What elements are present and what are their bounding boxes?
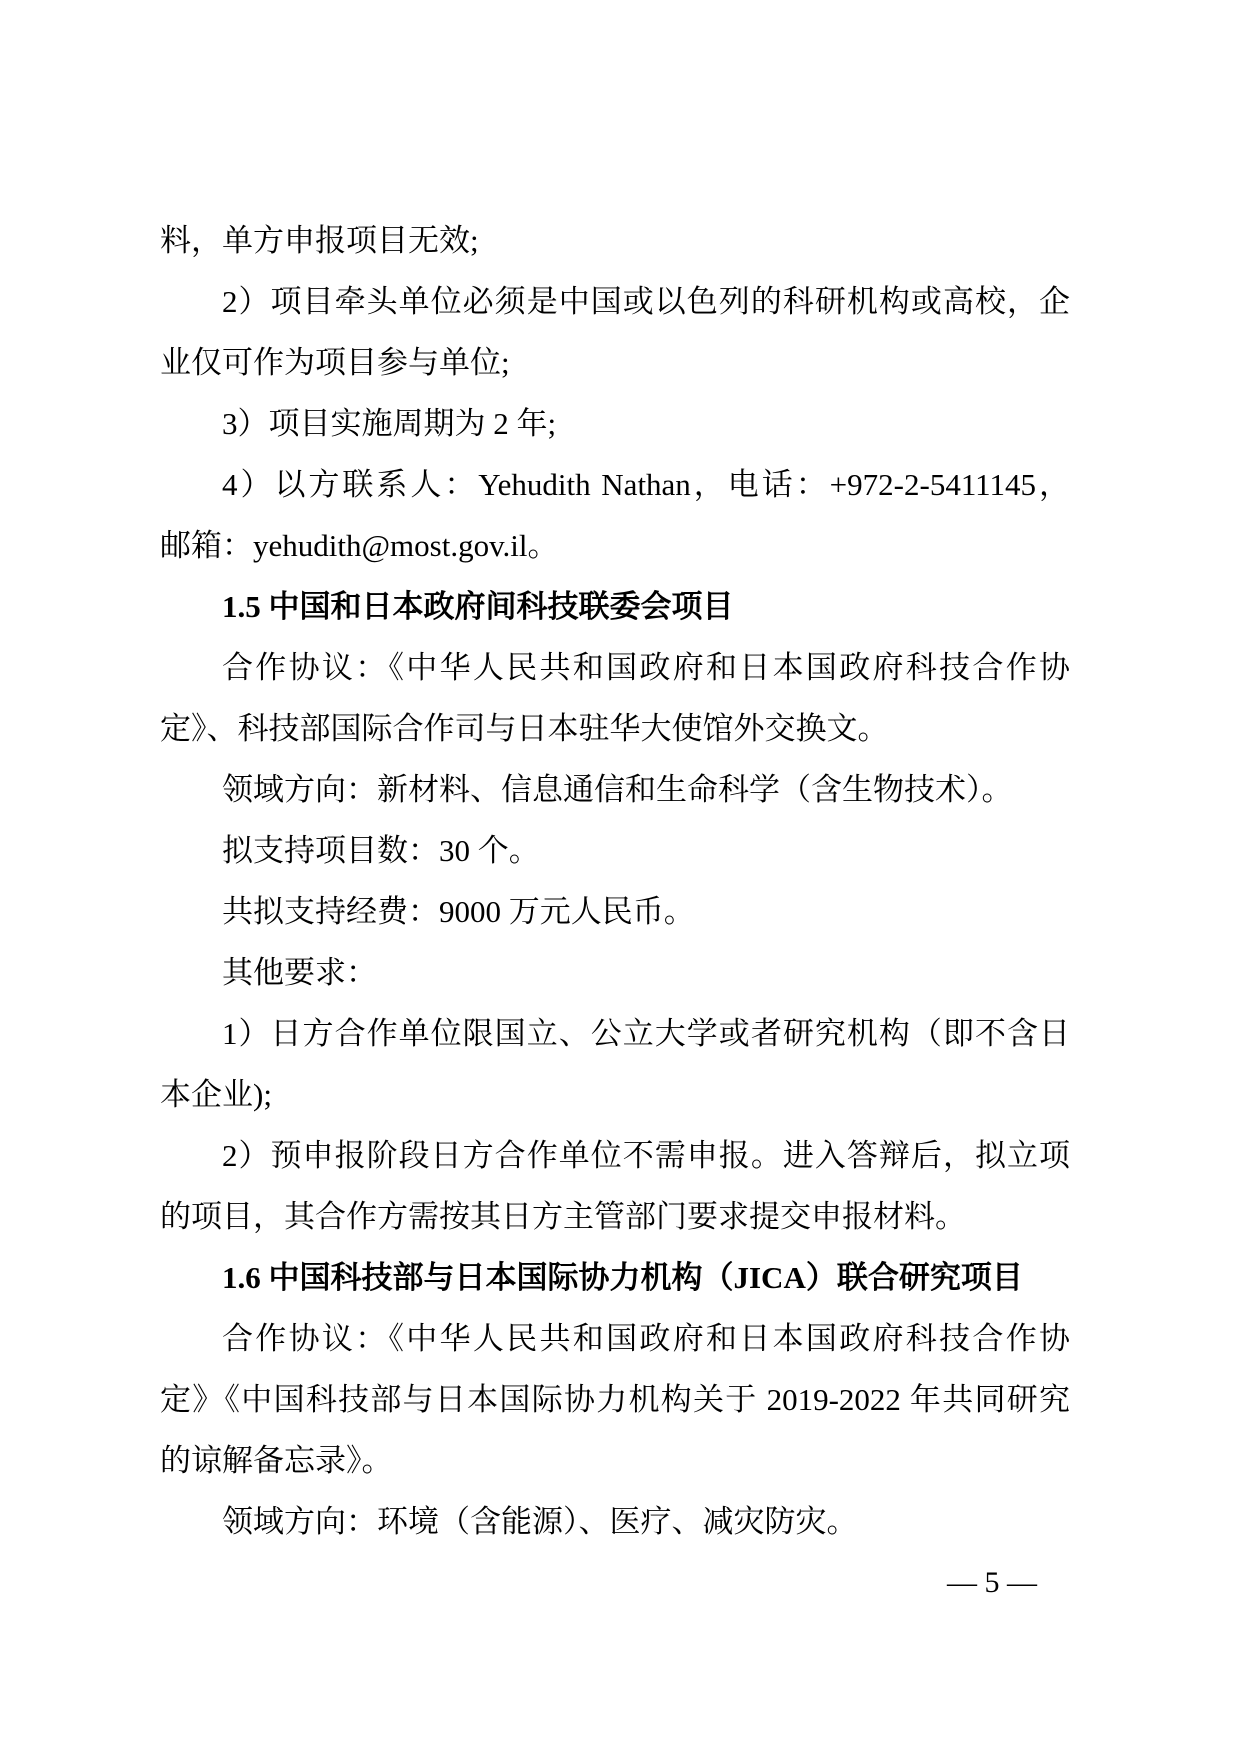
body-line: 共拟支持经费：9000 万元人民币。 bbox=[160, 881, 1070, 942]
body-line: 其他要求： bbox=[160, 942, 1070, 1003]
body-line: 合作协议：《中华人民共和国政府和日本国政府科技合作协 bbox=[160, 637, 1070, 698]
body-line: 邮箱：yehudith@most.gov.il。 bbox=[160, 515, 1070, 576]
document-body: 料，单方申报项目无效;2）项目牵头单位必须是中国或以色列的科研机构或高校，企业仅… bbox=[160, 210, 1070, 1552]
document-page: 料，单方申报项目无效;2）项目牵头单位必须是中国或以色列的科研机构或高校，企业仅… bbox=[0, 0, 1241, 1754]
body-line: 本企业); bbox=[160, 1064, 1070, 1125]
body-line: 1）日方合作单位限国立、公立大学或者研究机构（即不含日 bbox=[160, 1003, 1070, 1064]
body-line: 合作协议：《中华人民共和国政府和日本国政府科技合作协 bbox=[160, 1308, 1070, 1369]
page-number: — 5 — bbox=[160, 1552, 1070, 1613]
body-line: 2）预申报阶段日方合作单位不需申报。进入答辩后，拟立项 bbox=[160, 1125, 1070, 1186]
body-line: 的项目，其合作方需按其日方主管部门要求提交申报材料。 bbox=[160, 1186, 1070, 1247]
body-line: 的谅解备忘录》。 bbox=[160, 1430, 1070, 1491]
body-line: 3）项目实施周期为 2 年; bbox=[160, 393, 1070, 454]
body-line: 领域方向：环境（含能源）、医疗、减灾防灾。 bbox=[160, 1491, 1070, 1552]
body-line: 料，单方申报项目无效; bbox=[160, 210, 1070, 271]
body-line: 定》、科技部国际合作司与日本驻华大使馆外交换文。 bbox=[160, 698, 1070, 759]
body-line: 业仅可作为项目参与单位; bbox=[160, 332, 1070, 393]
body-line: 2）项目牵头单位必须是中国或以色列的科研机构或高校，企 bbox=[160, 271, 1070, 332]
body-line: 拟支持项目数：30 个。 bbox=[160, 820, 1070, 881]
section-heading: 1.6 中国科技部与日本国际协力机构（JICA）联合研究项目 bbox=[160, 1247, 1070, 1308]
section-heading: 1.5 中国和日本政府间科技联委会项目 bbox=[160, 576, 1070, 637]
body-line: 领域方向：新材料、信息通信和生命科学（含生物技术）。 bbox=[160, 759, 1070, 820]
body-line: 4）以方联系人：Yehudith Nathan，电话：+972-2-541114… bbox=[160, 454, 1070, 515]
body-line: 定》《中国科技部与日本国际协力机构关于 2019-2022 年共同研究 bbox=[160, 1369, 1070, 1430]
